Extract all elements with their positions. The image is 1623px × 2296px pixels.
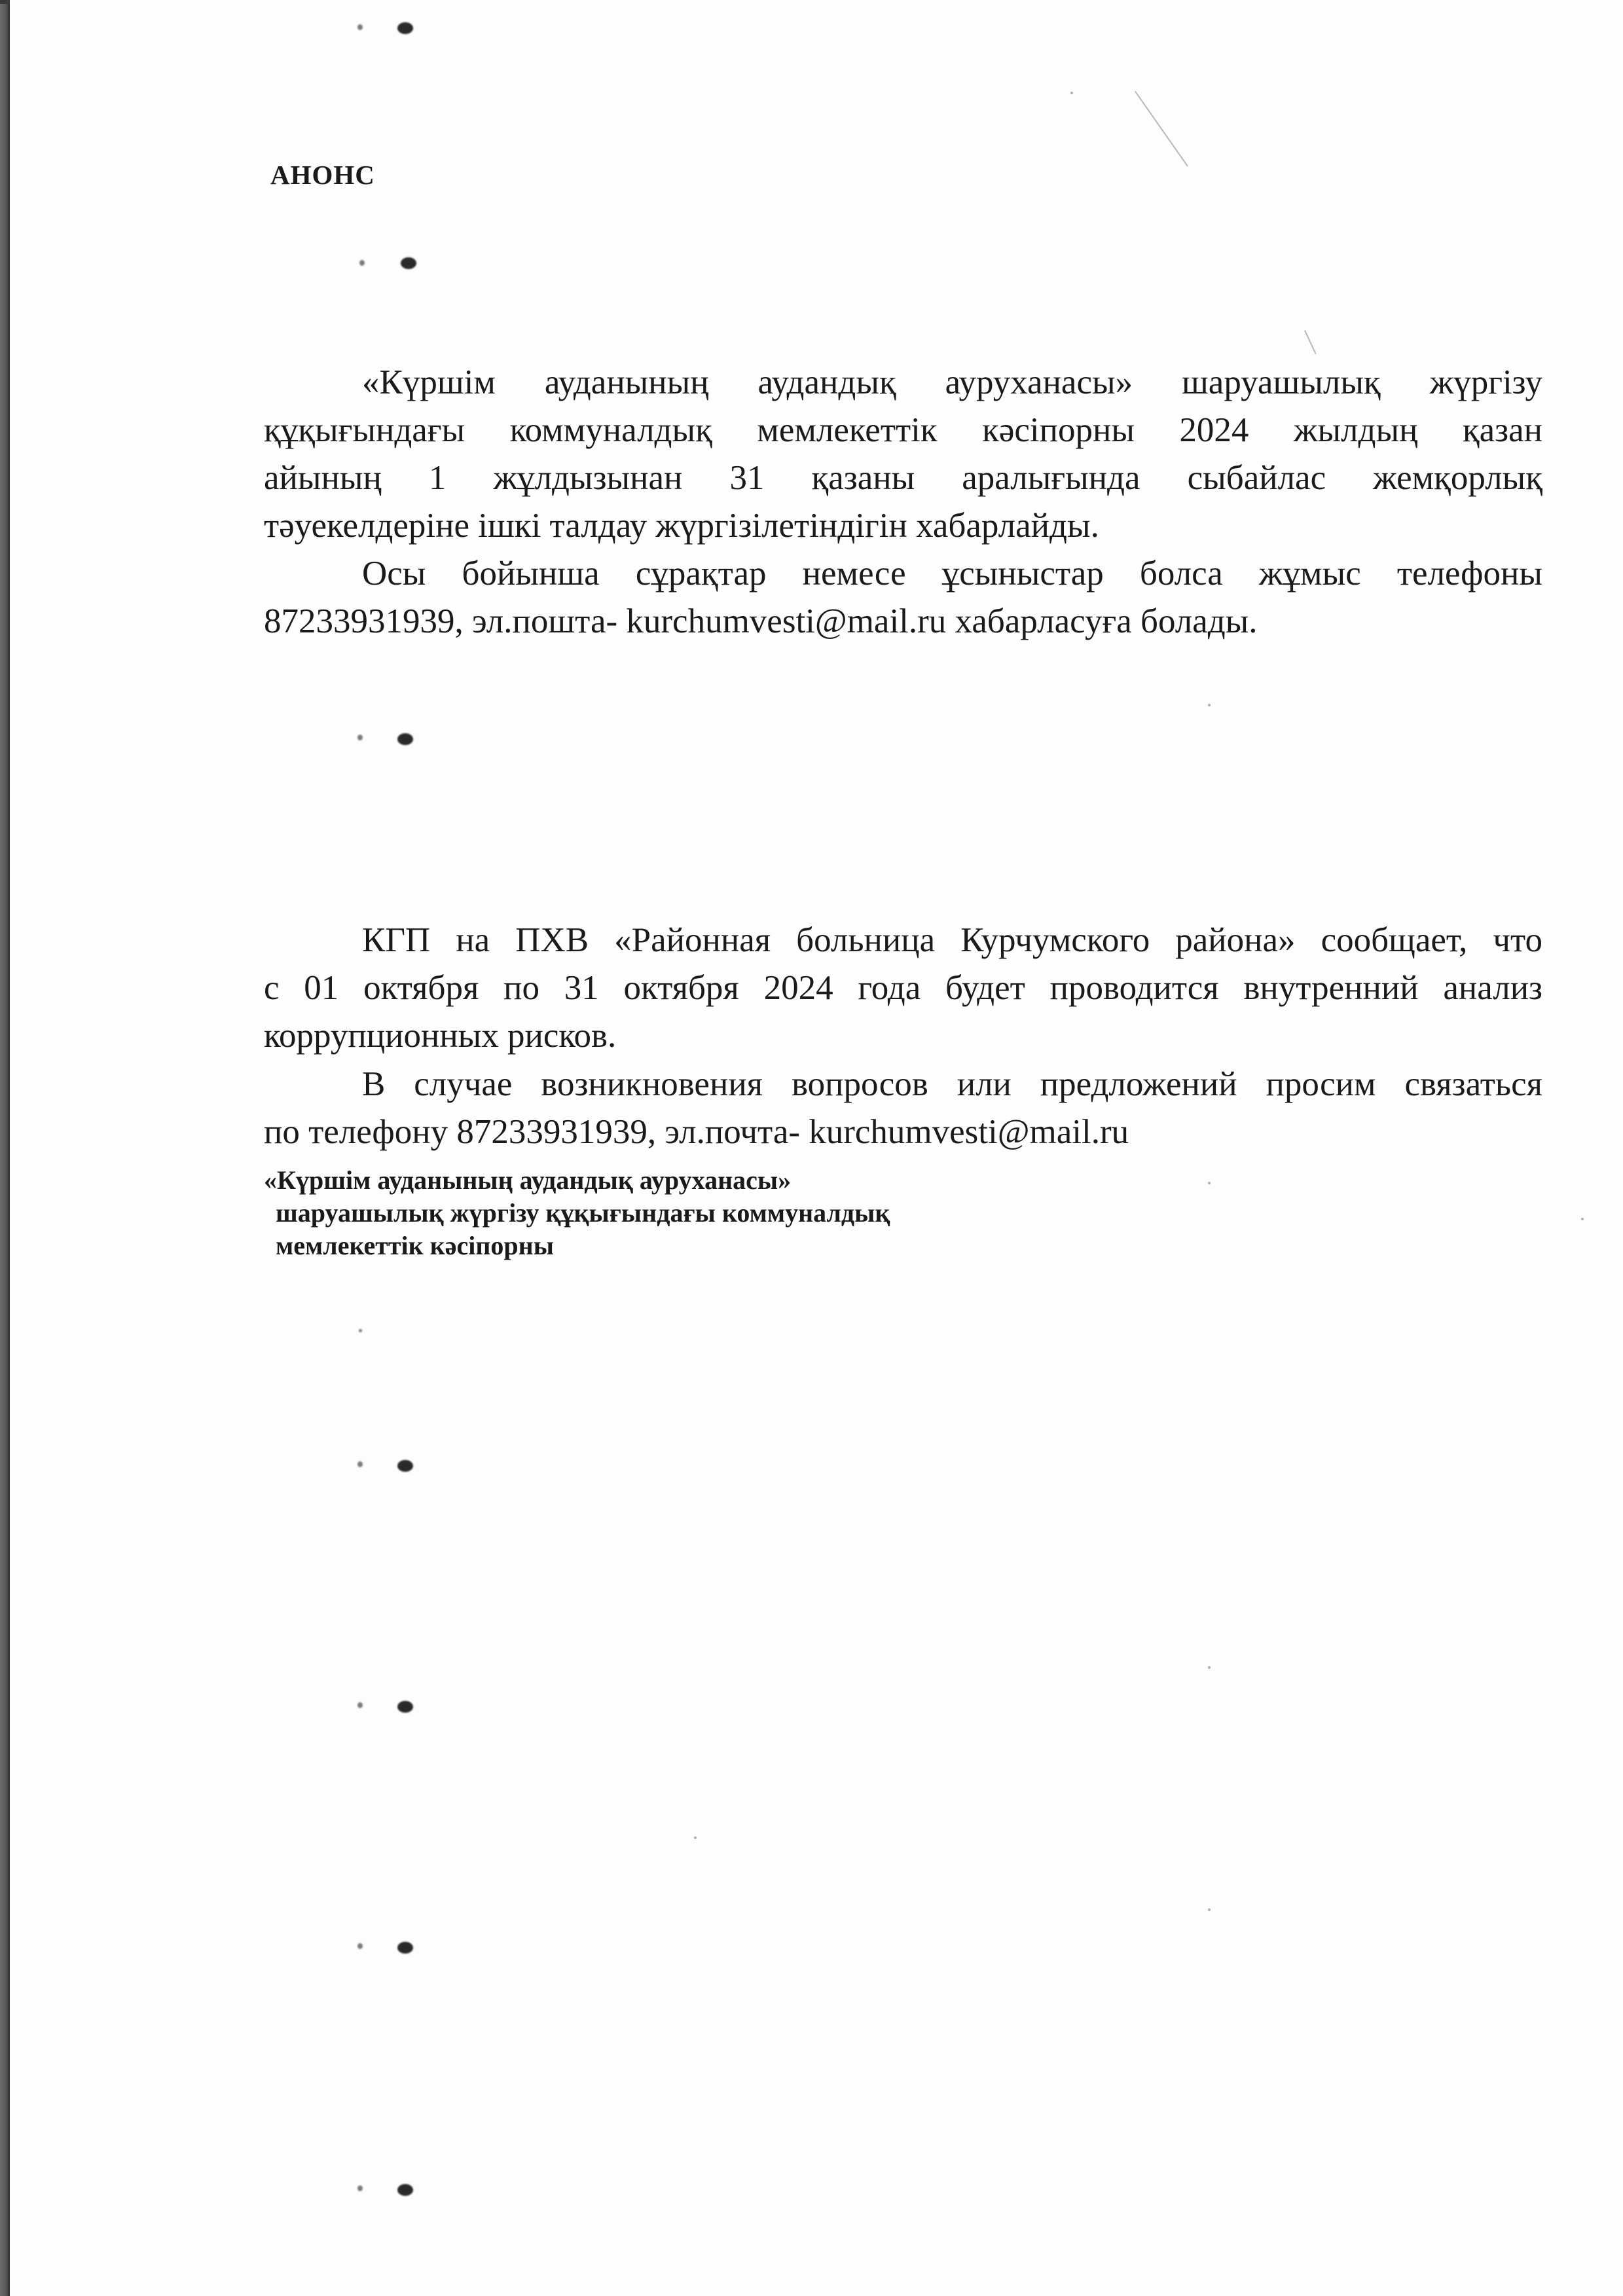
scan-edge [0, 0, 10, 2296]
scan-speck [1208, 704, 1211, 706]
text-line: құқығындағы коммуналдық мемлекеттік кәсі… [264, 407, 1542, 454]
scan-scratch [1304, 330, 1317, 354]
punch-hole-mark [397, 1701, 413, 1713]
text-line: по телефону 87233931939, эл.почта- kurch… [264, 1108, 1542, 1156]
text-line: 87233931939, эл.пошта- kurchumvesti@mail… [264, 598, 1542, 646]
punch-hole-mark [359, 1329, 362, 1332]
text-line: «Күршім ауданының аудандық ауруханасы» ш… [264, 359, 1542, 407]
text-line: с 01 октября по 31 октября 2024 года буд… [264, 964, 1542, 1012]
punch-hole-mark [397, 22, 413, 34]
text-line: КГП на ПХВ «Районная больница Курчумског… [264, 917, 1542, 964]
scan-speck [1208, 1666, 1211, 1669]
kazakh-notice-paragraph-1: «Күршім ауданының аудандық ауруханасы» ш… [264, 359, 1542, 550]
punch-hole-mark [357, 735, 363, 740]
scan-speck [1581, 1218, 1584, 1220]
kazakh-notice-paragraph-2: Осы бойынша сұрақтар немесе ұсыныстар бо… [264, 550, 1542, 646]
scan-speck [1208, 1908, 1211, 1911]
punch-hole-mark [401, 257, 416, 269]
punch-hole-mark [397, 733, 413, 745]
text-line: тәуекелдеріне ішкі талдау жүргізілетінді… [264, 502, 1542, 550]
text-line: В случае возникновения вопросов или пред… [264, 1061, 1542, 1108]
punch-hole-mark [357, 24, 363, 30]
signature-line: шаруашылық жүргізу құқығындағы коммуналд… [264, 1197, 890, 1230]
document-page: АНОНС «Күршім ауданының аудандық аурухан… [10, 0, 1623, 2296]
russian-notice-paragraph-1: КГП на ПХВ «Районная больница Курчумског… [264, 917, 1542, 1060]
signature-line: «Күршім ауданының аудандық ауруханасы» [264, 1164, 890, 1197]
punch-hole-mark [357, 1943, 363, 1949]
scan-speck [1208, 1182, 1211, 1184]
russian-notice-paragraph-2: В случае возникновения вопросов или пред… [264, 1061, 1542, 1156]
punch-hole-mark [357, 1702, 363, 1708]
punch-hole-mark [359, 260, 365, 266]
punch-hole-mark [397, 2184, 413, 2196]
text-line: айының 1 жұлдызынан 31 қазаны аралығында… [264, 454, 1542, 502]
text-line: коррупционных рисков. [264, 1012, 1542, 1060]
punch-hole-mark [397, 1942, 413, 1954]
scan-speck [1070, 92, 1073, 94]
text-line: Осы бойынша сұрақтар немесе ұсыныстар бо… [264, 550, 1542, 598]
punch-hole-mark [357, 1461, 363, 1467]
punch-hole-mark [397, 1460, 413, 1472]
document-heading: АНОНС [270, 159, 375, 191]
signature-block: «Күршім ауданының аудандық ауруханасы» ш… [264, 1164, 890, 1262]
signature-line: мемлекеттік кәсіпорны [264, 1230, 890, 1262]
scan-speck [694, 1836, 697, 1839]
punch-hole-mark [357, 2185, 363, 2191]
scan-scratch [1135, 91, 1188, 167]
